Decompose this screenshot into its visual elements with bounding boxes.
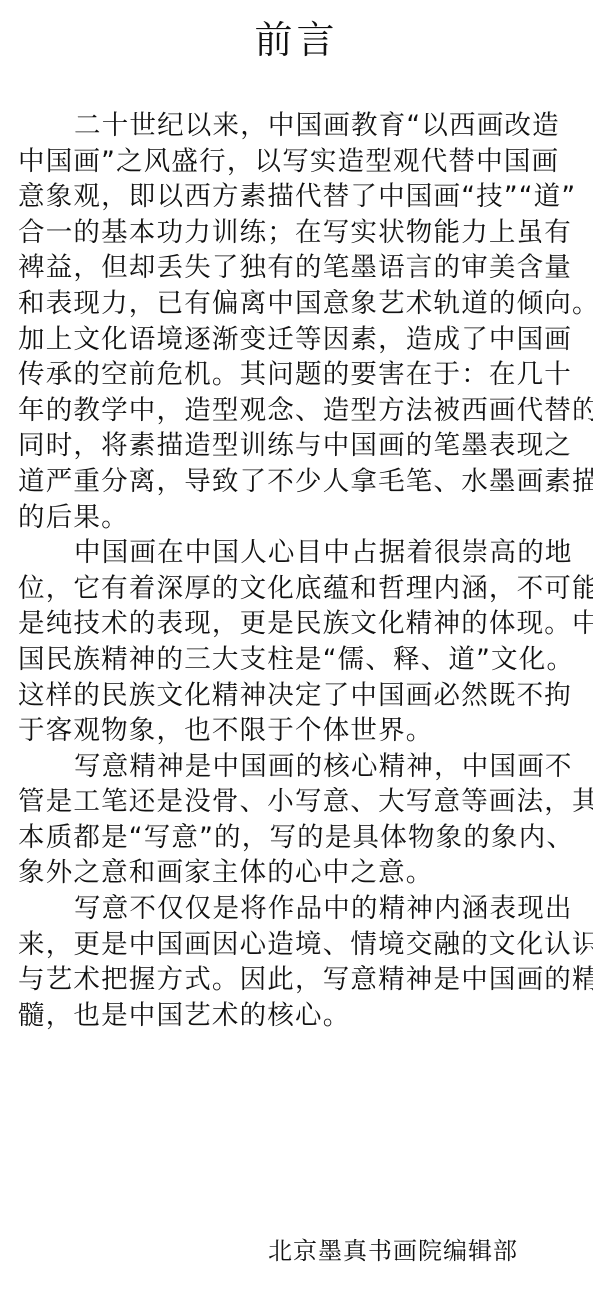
text-line: 来，更是中国画因心造境、情境交融的文化认识 — [18, 927, 578, 963]
text-line: 同时，将素描造型训练与中国画的笔墨表现之 — [18, 428, 578, 464]
text-line: 中国画”之风盛行，以写实造型观代替中国画 — [18, 144, 578, 180]
text-line: 象外之意和画家主体的心中之意。 — [18, 855, 578, 891]
text-line: 道严重分离，导致了不少人拿毛笔、水墨画素描 — [18, 464, 578, 500]
text-line: 二十世纪以来，中国画教育“以西画改造 — [18, 108, 578, 144]
text-line: 位，它有着深厚的文化底蕴和哲理内涵，不可能 — [18, 571, 578, 607]
text-line: 写意精神是中国画的核心精神，中国画不 — [18, 749, 578, 785]
text-line: 的后果。 — [18, 500, 578, 536]
page-title: 前言 — [0, 14, 593, 66]
text-line: 髓，也是中国艺术的核心。 — [18, 998, 578, 1034]
document-body: 二十世纪以来，中国画教育“以西画改造 中国画”之风盛行，以写实造型观代替中国画 … — [18, 108, 578, 1033]
text-line: 中国画在中国人心目中占据着很崇高的地 — [18, 535, 578, 571]
text-line: 加上文化语境逐渐变迁等因素，造成了中国画 — [18, 322, 578, 358]
text-line: 是纯技术的表现，更是民族文化精神的体现。中 — [18, 606, 578, 642]
text-line: 本质都是“写意”的，写的是具体物象的象内、 — [18, 820, 578, 856]
paragraph-1: 二十世纪以来，中国画教育“以西画改造 中国画”之风盛行，以写实造型观代替中国画 … — [18, 108, 578, 535]
text-line: 传承的空前危机。其问题的要害在于：在几十 — [18, 357, 578, 393]
text-line: 与艺术把握方式。因此，写意精神是中国画的精 — [18, 962, 578, 998]
text-line: 于客观物象，也不限于个体世界。 — [18, 713, 578, 749]
text-line: 国民族精神的三大支柱是“儒、释、道”文化。 — [18, 642, 578, 678]
paragraph-4: 写意不仅仅是将作品中的精神内涵表现出 来，更是中国画因心造境、情境交融的文化认识… — [18, 891, 578, 1033]
text-line: 这样的民族文化精神决定了中国画必然既不拘 — [18, 678, 578, 714]
text-line: 裨益，但却丢失了独有的笔墨语言的审美含量 — [18, 250, 578, 286]
paragraph-2: 中国画在中国人心目中占据着很崇高的地 位，它有着深厚的文化底蕴和哲理内涵，不可能… — [18, 535, 578, 749]
paragraph-3: 写意精神是中国画的核心精神，中国画不 管是工笔还是没骨、小写意、大写意等画法，其… — [18, 749, 578, 891]
text-line: 意象观，即以西方素描代替了中国画“技”“道” — [18, 179, 578, 215]
text-line: 管是工笔还是没骨、小写意、大写意等画法，其 — [18, 784, 578, 820]
text-line: 写意不仅仅是将作品中的精神内涵表现出 — [18, 891, 578, 927]
text-line: 合一的基本功力训练；在写实状物能力上虽有 — [18, 215, 578, 251]
text-line: 年的教学中，造型观念、造型方法被西画代替的 — [18, 393, 578, 429]
text-line: 和表现力，已有偏离中国意象艺术轨道的倾向。 — [18, 286, 578, 322]
signature: 北京墨真书画院编辑部 — [268, 1234, 518, 1268]
